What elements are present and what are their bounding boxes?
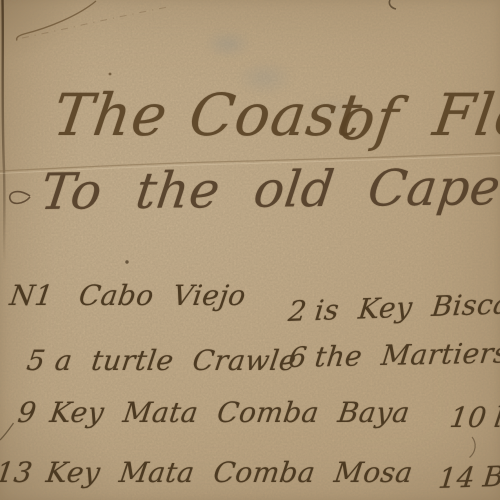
edge-tear	[3, 0, 5, 262]
entry-name: Cabo Viejo	[77, 279, 248, 312]
manuscript-page: The Coast of Flo To the old Cape by N1Ca…	[0, 0, 500, 500]
entry-left: N1Cabo Viejo	[8, 282, 248, 310]
entry-number: 2	[287, 297, 308, 326]
flourish-stroke	[17, 1, 96, 41]
entry-name: la	[492, 401, 500, 434]
entry-right: 10la	[448, 404, 500, 432]
entry-number: 14	[437, 464, 477, 493]
subtitle-lead-flourish	[10, 192, 30, 204]
entry-left: 5a turtle Crawle	[25, 347, 298, 375]
entry-number: 10	[448, 404, 488, 432]
ink-mark-top	[389, 0, 396, 9]
entry-name: a turtle Crawle	[53, 344, 299, 377]
entry-left: 9Key Mata Comba Baya	[16, 399, 412, 427]
entry-number: 5	[25, 347, 47, 375]
entry-number: 13	[0, 459, 34, 487]
entry-number: 9	[16, 399, 38, 427]
entry-right: 14B	[437, 463, 500, 493]
ink-dot	[125, 260, 128, 263]
stroke-fragment-right	[470, 437, 476, 458]
ink-dot	[109, 73, 112, 76]
entry-name: Key Mata Comba Mosa	[44, 456, 415, 489]
entry-name: is Key Biscay	[313, 287, 500, 327]
subtitle-line: To the old Cape by	[38, 161, 500, 217]
title-word: of	[336, 90, 403, 148]
entry-name: Key Mata Comba Baya	[48, 396, 412, 429]
stroke-fragment-left	[0, 423, 14, 440]
entry-number: N1	[8, 282, 55, 310]
ink-smudge	[205, 30, 251, 58]
entry-left: 13Key Mata Comba Mosa	[0, 459, 415, 487]
entry-number: 6	[287, 344, 309, 372]
entry-name: B	[481, 460, 500, 494]
entry-name: the Martiers	[313, 336, 500, 373]
dashed-guide-line	[22, 7, 168, 38]
entry-right: 2is Key Biscay	[287, 290, 500, 326]
entry-right: 6the Martiers	[287, 339, 500, 372]
title-word: The	[50, 86, 172, 144]
title-word: Flo	[430, 86, 500, 144]
